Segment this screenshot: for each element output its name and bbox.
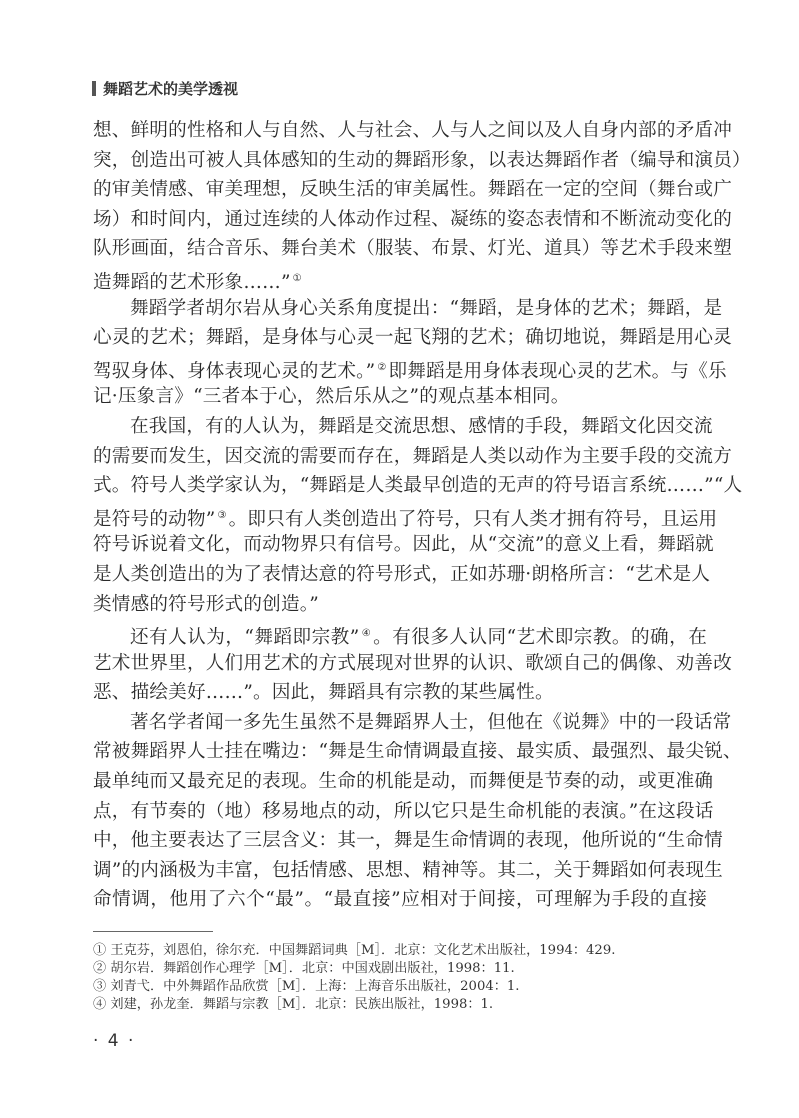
line-text: 心灵的艺术；舞蹈，是身体与心灵一起飞翔的艺术；确切地说，舞蹈是用心灵 (93, 327, 732, 348)
footnote-text: 刘建，孙龙奎．舞蹈与宗教［M］．北京：民族出版社，1998：1. (110, 997, 493, 1012)
footnote-rule (93, 931, 213, 932)
body-line: 艺术世界里，人们用艺术的方式展现对世界的认识、歌颂自己的偶像、劝善改 (93, 649, 707, 679)
body-line: 是人类创造出的为了表情达意的符号形式，正如苏珊·朗格所言：“艺术是人 (93, 560, 707, 590)
line-text: 记·压象言》“三者本于心，然后乐从之”的观点基本相同。 (93, 386, 570, 407)
footnote-marker: ① (93, 943, 106, 958)
line-text: 点，有节奏的（地）移易地点的动，所以它只是生命机能的表演。”在这段话 (93, 801, 714, 822)
body-line: 是符号的动物”③。即只有人类创造出了符号，只有人类才拥有符号，且运用 (93, 501, 707, 531)
running-head: 舞蹈艺术的美学透视 (92, 78, 238, 99)
line-text: 驾驭身体、身体表现心灵的艺术。” (93, 361, 375, 382)
body-line: 记·压象言》“三者本于心，然后乐从之”的观点基本相同。 (93, 382, 707, 412)
body-line: 突，创造出可被人具体感知的生动的舞蹈形象，以表达舞蹈作者（编导和演员） (93, 146, 707, 176)
line-text: 想、鲜明的性格和人与自然、人与社会、人与人之间以及人自身内部的矛盾冲 (93, 120, 732, 141)
body-line: 命情调，他用了六个“最”。“最直接”应相对于间接，可理解为手段的直接 (93, 885, 707, 915)
body-line: 点，有节奏的（地）移易地点的动，所以它只是生命机能的表演。”在这段话 (93, 797, 707, 827)
body-line: 符号诉说着文化，而动物界只有信号。因此，从“交流”的意义上看，舞蹈就 (93, 530, 707, 560)
footnote-text: 刘青弋．中外舞蹈作品欣赏［M］．上海：上海音乐出版社，2004：1. (110, 979, 519, 994)
line-text: 常被舞蹈界人士挂在嘴边：“舞是生命情调最直接、最实质、最强烈、最尖锐、 (93, 741, 742, 762)
footnote: ② 胡尔岩．舞蹈创作心理学［M］．北京：中国戏剧出版社，1998：11. (93, 960, 713, 978)
body-line: 式。符号人类学家认为，“舞蹈是人类最早创造的无声的符号语言系统……”“人 (93, 471, 707, 501)
line-text: 是人类创造出的为了表情达意的符号形式，正如苏珊·朗格所言：“艺术是人 (93, 564, 710, 585)
running-head-title: 舞蹈艺术的美学透视 (103, 78, 238, 99)
line-text-continued: 。即只有人类创造出了符号，只有人类才拥有符号，且运用 (229, 509, 718, 530)
body-line: 的审美情感、审美理想，反映生活的审美属性。舞蹈在一定的空间（舞台或广 (93, 175, 707, 205)
line-text: 式。符号人类学家认为，“舞蹈是人类最早创造的无声的符号语言系统……”“人 (93, 475, 742, 496)
body-line: 在我国，有的人认为，舞蹈是交流思想、感情的手段，舞蹈文化因交流 (93, 412, 707, 442)
body-text: 想、鲜明的性格和人与自然、人与社会、人与人之间以及人自身内部的矛盾冲突，创造出可… (93, 116, 707, 915)
body-line: 的需要而发生，因交流的需要而存在，舞蹈是人类以动作为主要手段的交流方 (93, 442, 707, 472)
line-text: 还有人认为，“舞蹈即宗教” (130, 627, 359, 648)
line-text: 造舞蹈的艺术形象……” (93, 272, 291, 293)
footnote-text: 王克芬，刘恩伯，徐尔充．中国舞蹈词典［M］．北京：文化艺术出版社，1994：42… (110, 943, 615, 958)
body-line: 还有人认为，“舞蹈即宗教”④。有很多人认同“艺术即宗教。的确，在 (93, 619, 707, 649)
line-text: 队形画面，结合音乐、舞台美术（服装、布景、灯光、道具）等艺术手段来塑 (93, 238, 732, 259)
line-text: 中，他主要表达了三层含义：其一，舞是生命情调的表现，他所说的“生命情 (93, 830, 723, 851)
footnote: ① 王克芬，刘恩伯，徐尔充．中国舞蹈词典［M］．北京：文化艺术出版社，1994：… (93, 942, 713, 960)
line-text: 的审美情感、审美理想，反映生活的审美属性。舞蹈在一定的空间（舞台或广 (93, 179, 732, 200)
line-text: 在我国，有的人认为，舞蹈是交流思想、感情的手段，舞蹈文化因交流 (130, 416, 713, 437)
body-line: 想、鲜明的性格和人与自然、人与社会、人与人之间以及人自身内部的矛盾冲 (93, 116, 707, 146)
body-line: 场）和时间内，通过连续的人体动作过程、凝练的姿态表情和不断流动变化的 (93, 205, 707, 235)
line-text: 类情感的符号形式的创造。” (93, 594, 319, 615)
footnote-marker: ④ (93, 997, 106, 1012)
line-text: 恶、描绘美好……”。因此，舞蹈具有宗教的某些属性。 (93, 682, 554, 703)
line-text-continued: 即舞蹈是用身体表现心灵的艺术。与《乐 (389, 361, 727, 382)
page-number: · 4 · (93, 1031, 135, 1051)
body-line: 恶、描绘美好……”。因此，舞蹈具有宗教的某些属性。 (93, 678, 707, 708)
body-line: 最单纯而又最充足的表现。生命的机能是动，而舞便是节奏的动，或更准确 (93, 767, 707, 797)
body-line: 心灵的艺术；舞蹈，是身体与心灵一起飞翔的艺术；确切地说，舞蹈是用心灵 (93, 323, 707, 353)
line-text: 符号诉说着文化，而动物界只有信号。因此，从“交流”的意义上看，舞蹈就 (93, 534, 714, 555)
line-text: 最单纯而又最充足的表现。生命的机能是动，而舞便是节奏的动，或更准确 (93, 771, 713, 792)
running-head-bar (92, 81, 96, 96)
line-text: 调”的内涵极为丰富，包括情感、思想、精神等。其二，关于舞蹈如何表现生 (93, 860, 723, 881)
line-text-continued: 。有很多人认同“艺术即宗教。的确，在 (373, 627, 707, 648)
footnote-marker: ② (93, 961, 106, 976)
body-line: 驾驭身体、身体表现心灵的艺术。”②即舞蹈是用身体表现心灵的艺术。与《乐 (93, 353, 707, 383)
footnote-reference[interactable]: ① (293, 273, 302, 284)
body-line: 造舞蹈的艺术形象……”① (93, 264, 707, 294)
line-text: 命情调，他用了六个“最”。“最直接”应相对于间接，可理解为手段的直接 (93, 889, 707, 910)
line-text: 舞蹈学者胡尔岩从身心关系角度提出：“舞蹈，是身体的艺术；舞蹈，是 (130, 298, 722, 319)
line-text: 的需要而发生，因交流的需要而存在，舞蹈是人类以动作为主要手段的交流方 (93, 446, 732, 467)
footnote: ③ 刘青弋．中外舞蹈作品欣赏［M］．上海：上海音乐出版社，2004：1. (93, 978, 713, 996)
footnote: ④ 刘建，孙龙奎．舞蹈与宗教［M］．北京：民族出版社，1998：1. (93, 996, 713, 1014)
line-text: 场）和时间内，通过连续的人体动作过程、凝练的姿态表情和不断流动变化的 (93, 209, 732, 230)
body-line: 中，他主要表达了三层含义：其一，舞是生命情调的表现，他所说的“生命情 (93, 826, 707, 856)
footnote-reference[interactable]: ④ (361, 628, 371, 639)
footnote-marker: ③ (93, 979, 106, 994)
line-text: 是符号的动物” (93, 509, 215, 530)
body-line: 著名学者闻一多先生虽然不是舞蹈界人士，但他在《说舞》中的一段话常 (93, 708, 707, 738)
footnote-reference[interactable]: ② (377, 362, 386, 373)
line-text: 突，创造出可被人具体感知的生动的舞蹈形象，以表达舞蹈作者（编导和演员） (93, 150, 751, 171)
footnotes: ① 王克芬，刘恩伯，徐尔充．中国舞蹈词典［M］．北京：文化艺术出版社，1994：… (93, 942, 713, 1014)
line-text: 艺术世界里，人们用艺术的方式展现对世界的认识、歌颂自己的偶像、劝善改 (93, 653, 732, 674)
body-line: 类情感的符号形式的创造。” (93, 590, 707, 620)
body-line: 常被舞蹈界人士挂在嘴边：“舞是生命情调最直接、最实质、最强烈、最尖锐、 (93, 737, 707, 767)
footnote-text: 胡尔岩．舞蹈创作心理学［M］．北京：中国戏剧出版社，1998：11. (110, 961, 514, 976)
body-line: 调”的内涵极为丰富，包括情感、思想、精神等。其二，关于舞蹈如何表现生 (93, 856, 707, 886)
body-line: 舞蹈学者胡尔岩从身心关系角度提出：“舞蹈，是身体的艺术；舞蹈，是 (93, 294, 707, 324)
body-line: 队形画面，结合音乐、舞台美术（服装、布景、灯光、道具）等艺术手段来塑 (93, 234, 707, 264)
line-text: 著名学者闻一多先生虽然不是舞蹈界人士，但他在《说舞》中的一段话常 (130, 712, 731, 733)
footnote-reference[interactable]: ③ (217, 510, 226, 521)
